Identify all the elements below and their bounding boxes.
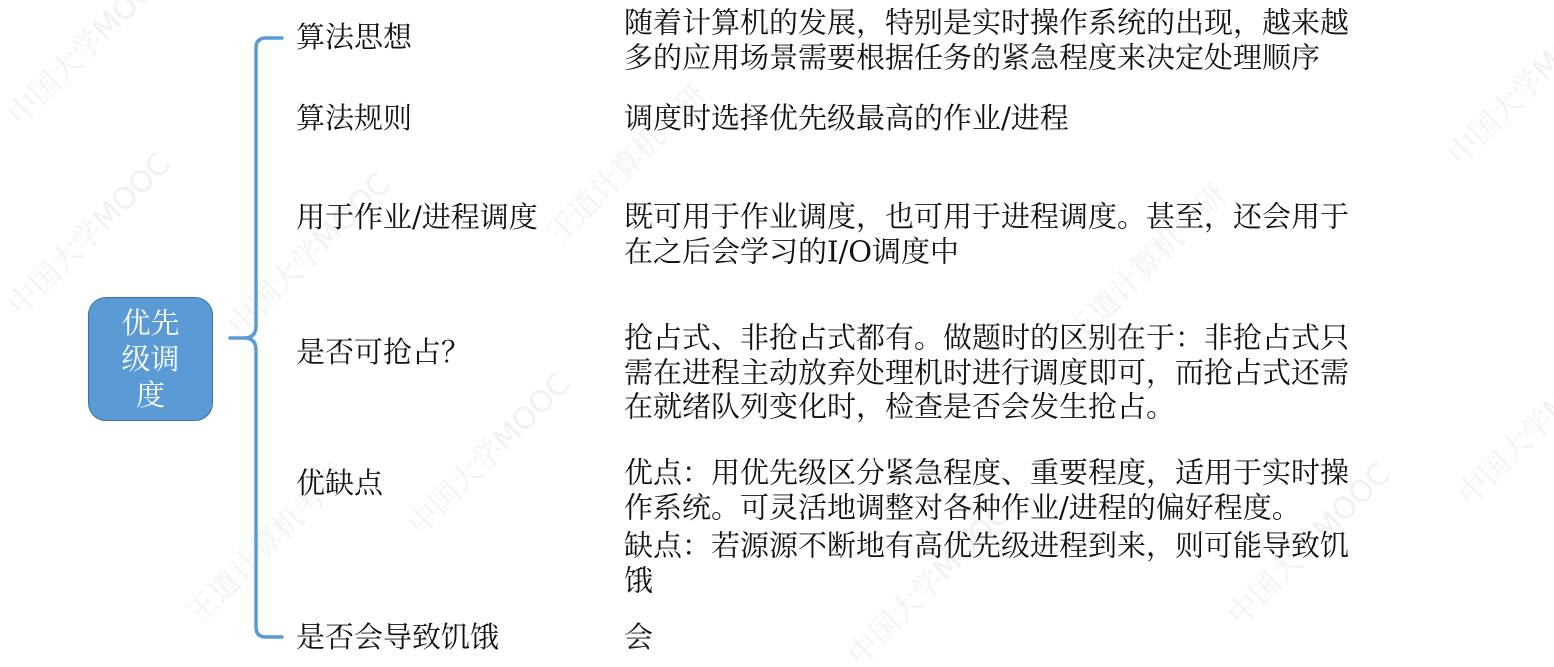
desc-line: 多的应用场景需要根据任务的紧急程度来决定处理顺序 — [624, 40, 1414, 75]
desc-algorithm-idea: 随着计算机的发展，特别是实时操作系统的出现，越来越 多的应用场景需要根据任务的紧… — [624, 6, 1414, 75]
desc-line: 需在进程主动放弃处理机时进行调度即可，而抢占式还需 — [624, 355, 1414, 390]
desc-applicable-scheduling: 既可用于作业调度，也可用于进程调度。甚至，还会用于 在之后会学习的I/O调度中 — [624, 200, 1414, 269]
desc-algorithm-rule: 调度时选择优先级最高的作业/进程 — [624, 101, 1414, 136]
desc-line: 缺点：若源源不断地有高优先级进程到来，则可能导致饥 — [624, 529, 1414, 564]
desc-line: 饿 — [624, 563, 1414, 598]
desc-line: 会 — [624, 620, 1414, 655]
label-starvation: 是否会导致饥饿 — [296, 620, 499, 654]
label-pros-cons: 优缺点 — [296, 466, 383, 500]
desc-pros: 优点：用优先级区分紧急程度、重要程度，适用于实时操 作系统。可灵活地调整对各种作… — [624, 456, 1414, 525]
desc-line: 既可用于作业调度，也可用于进程调度。甚至，还会用于 — [624, 200, 1414, 235]
label-applicable-scheduling: 用于作业/进程调度 — [296, 200, 538, 234]
desc-line: 随着计算机的发展，特别是实时操作系统的出现，越来越 — [624, 6, 1414, 41]
desc-line: 在就绪队列变化时，检查是否会发生抢占。 — [624, 389, 1414, 424]
desc-line: 在之后会学习的I/O调度中 — [624, 234, 1414, 269]
desc-line: 调度时选择优先级最高的作业/进程 — [624, 101, 1414, 136]
label-algorithm-rule: 算法规则 — [296, 101, 412, 135]
label-preemptive: 是否可抢占？ — [296, 335, 470, 369]
desc-starvation: 会 — [624, 620, 1414, 655]
desc-cons: 缺点：若源源不断地有高优先级进程到来，则可能导致饥 饿 — [624, 529, 1414, 598]
desc-line: 优点：用优先级区分紧急程度、重要程度，适用于实时操 — [624, 456, 1414, 491]
desc-preemptive: 抢占式、非抢占式都有。做题时的区别在于：非抢占式只 需在进程主动放弃处理机时进行… — [624, 320, 1414, 424]
desc-line: 抢占式、非抢占式都有。做题时的区别在于：非抢占式只 — [624, 320, 1414, 355]
label-algorithm-idea: 算法思想 — [296, 20, 412, 54]
desc-line: 作系统。可灵活地调整对各种作业/进程的偏好程度。 — [624, 490, 1414, 525]
